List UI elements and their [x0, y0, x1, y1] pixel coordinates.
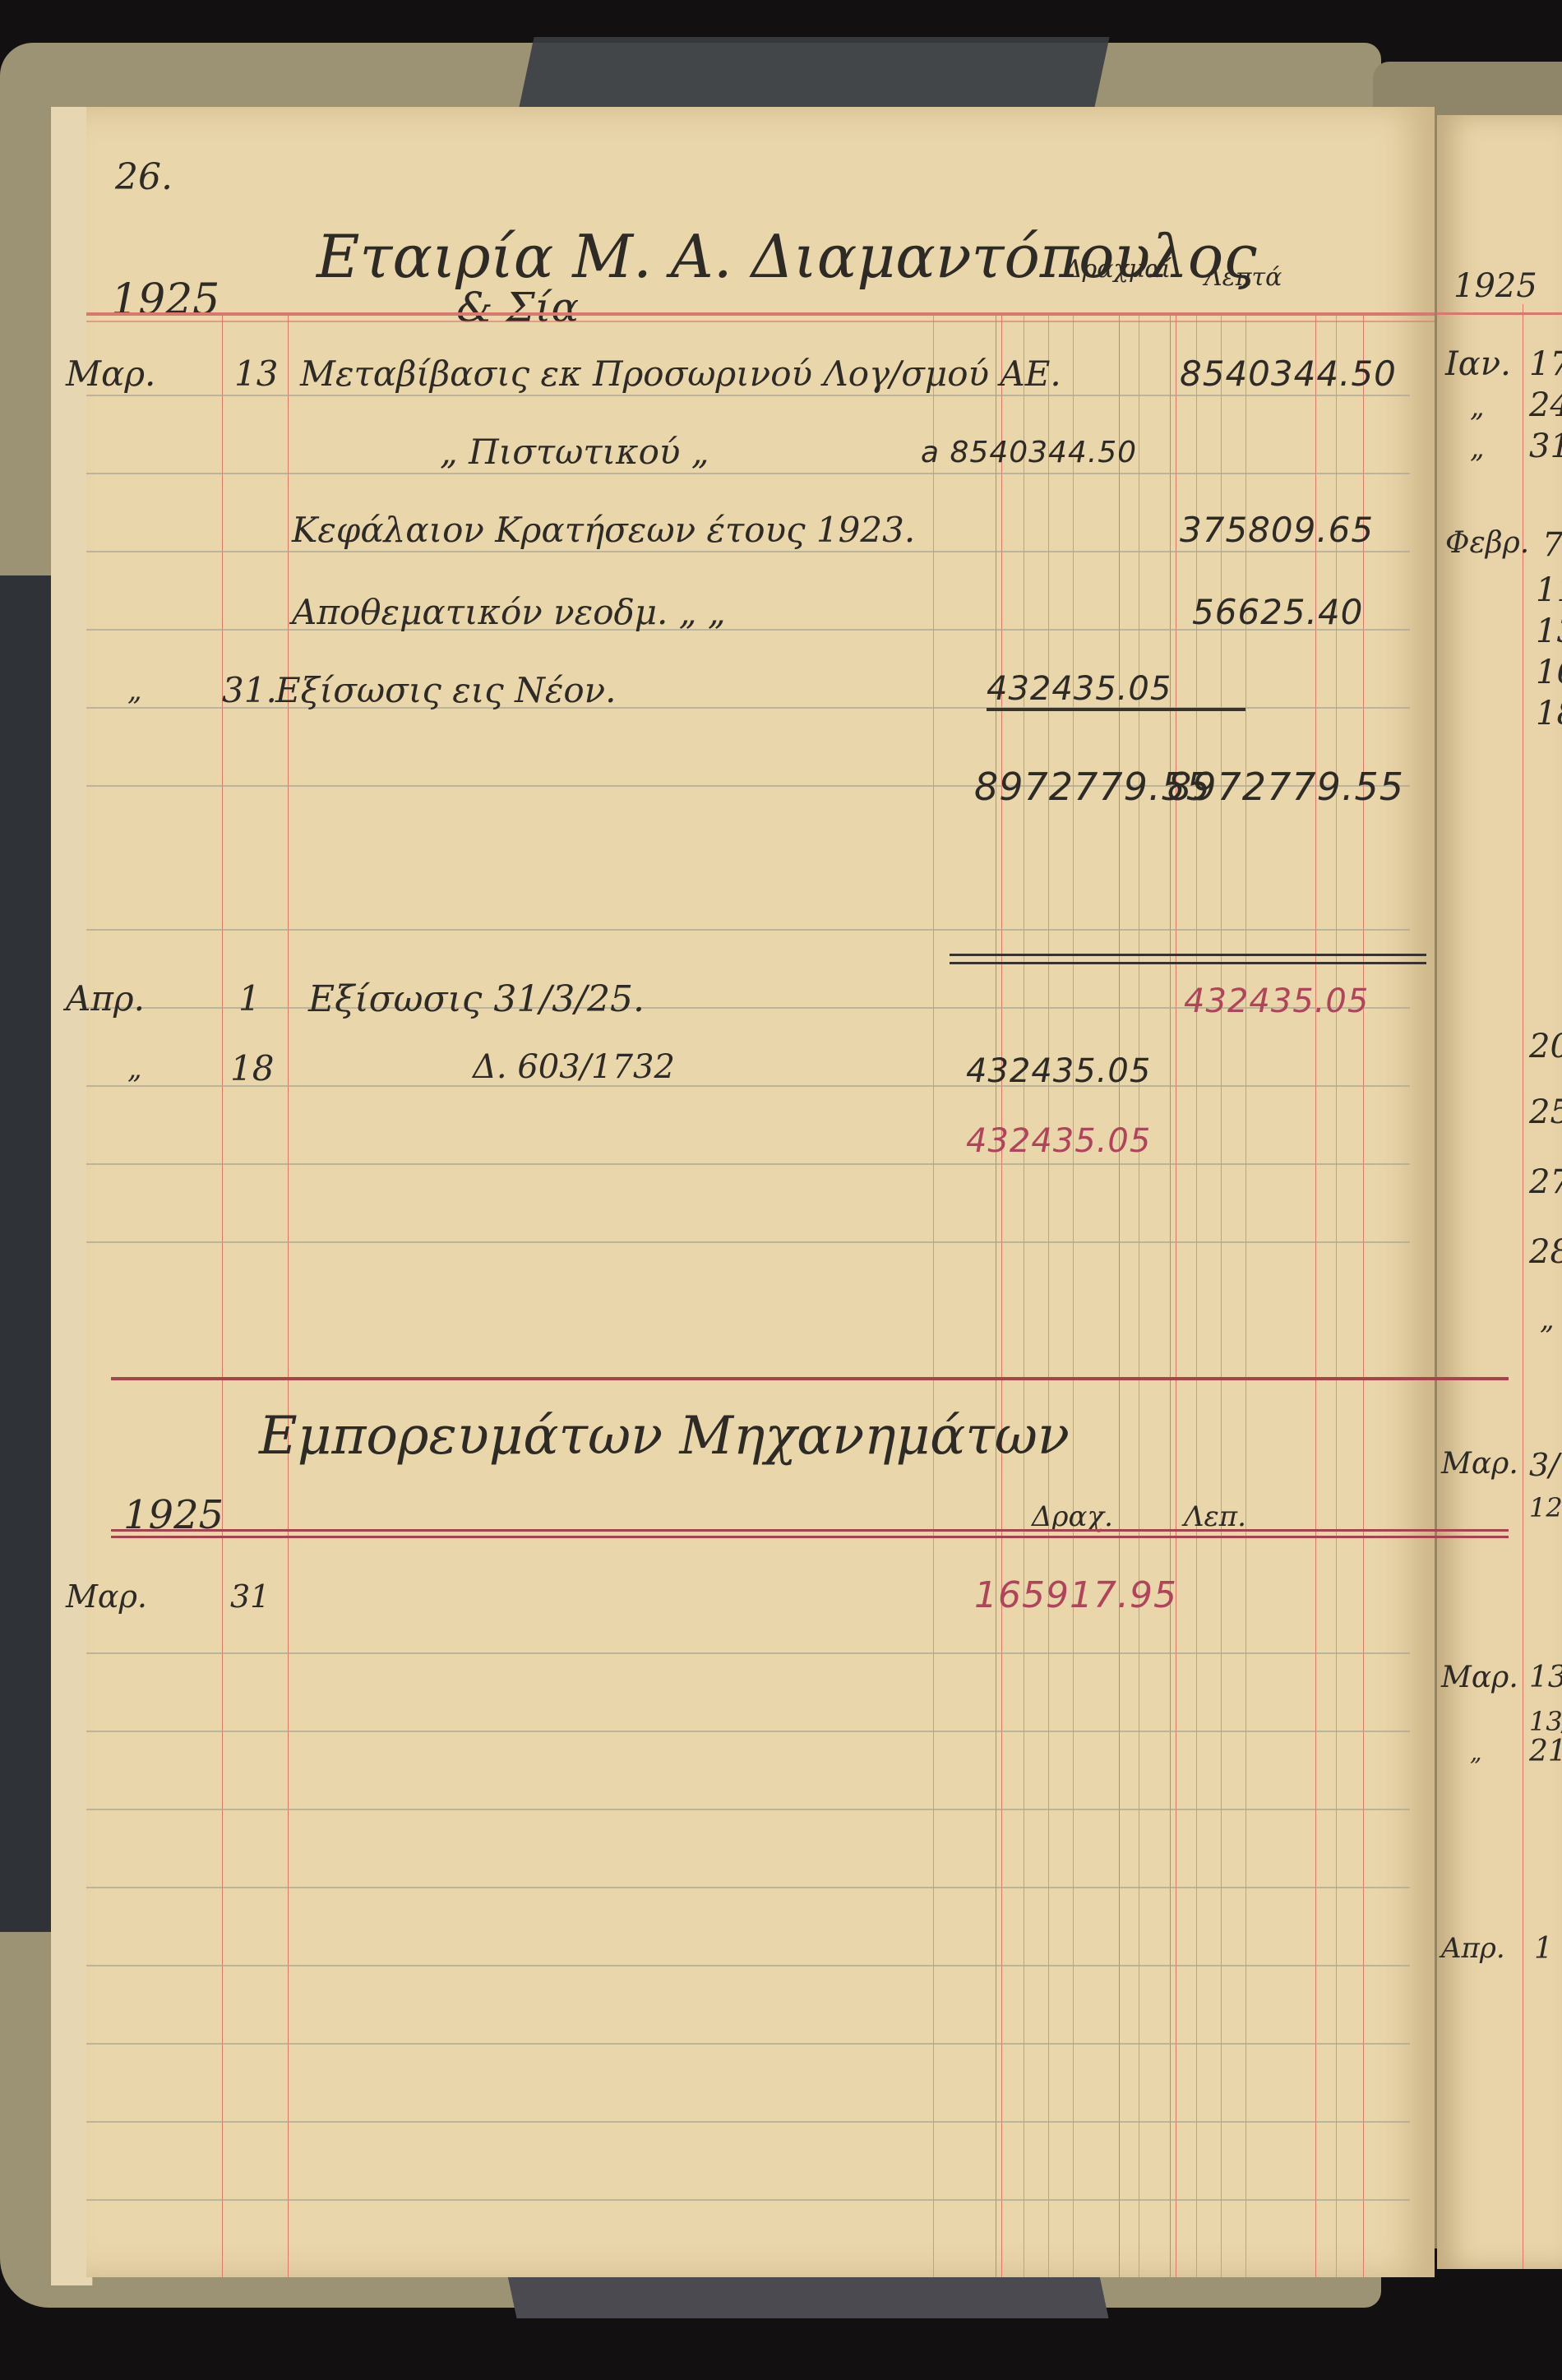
- right-day: 13: [1529, 1661, 1562, 1694]
- right-month: „: [1470, 1739, 1482, 1766]
- total-double-rule: [950, 954, 1426, 956]
- entry-description: Μεταβίβασις εκ Προσωρινού Λογ/σμού ΑΕ.: [300, 354, 1061, 394]
- total-double-rule-2: [950, 962, 1426, 964]
- entry-month: „: [127, 674, 142, 707]
- ledger-page: 26. Εταιρία Μ. Α. Διαμαντόπουλος & Σία 1…: [86, 107, 1435, 2277]
- header-rule: [1437, 312, 1562, 315]
- right-day: 17: [1529, 345, 1562, 383]
- binding-tape-top: [518, 37, 1109, 111]
- section2-col-drachmas: Δραχ.: [1032, 1500, 1113, 1533]
- entry-description: Εξίσωσις 31/3/25.: [308, 978, 645, 1020]
- line: [86, 1241, 1410, 1243]
- right-day: 7: [1542, 526, 1562, 564]
- rule: [288, 312, 289, 2277]
- section2-header-rule: [111, 1529, 1509, 1532]
- line: [86, 1652, 1410, 1654]
- line: [86, 473, 1410, 474]
- right-month: „: [1540, 1303, 1555, 1336]
- right-month: „: [1470, 432, 1485, 464]
- entry-day: 1: [238, 978, 261, 1019]
- section1-year: 1925: [111, 275, 220, 325]
- rule: [1523, 304, 1523, 2269]
- right-month: Μαρ.: [1441, 1447, 1518, 1481]
- page-number: 26.: [115, 156, 173, 198]
- rule: [1001, 312, 1002, 2277]
- binding-tape-left: [0, 575, 58, 1932]
- rule: [1119, 312, 1120, 2277]
- right-month: Απρ.: [1441, 1932, 1505, 1965]
- line: [86, 2121, 1410, 2123]
- right-day: 13: [1536, 612, 1562, 650]
- right-day: 28: [1529, 1233, 1562, 1271]
- section1-col-drachmas: Δραχμαί: [1065, 255, 1171, 284]
- section2-title: Εμπορευμάτων Μηχανημάτων: [259, 1406, 1070, 1467]
- carry-forward-red: 432435.05: [1184, 982, 1369, 1020]
- right-day: 25: [1529, 1093, 1562, 1131]
- rule: [1024, 312, 1024, 2277]
- rule: [996, 312, 996, 2277]
- rule: [1176, 312, 1176, 2277]
- entry-note: a 8540344.50: [921, 436, 1137, 469]
- line: [86, 1731, 1410, 1732]
- section1-subtitle: & Σία: [456, 284, 579, 331]
- line: [86, 1163, 1410, 1165]
- right-month: Μαρ.: [1441, 1661, 1518, 1694]
- right-month: Ιαν.: [1445, 345, 1511, 383]
- entry-debit: 432435.05: [966, 1052, 1151, 1090]
- entry-day: 18: [230, 1048, 274, 1088]
- right-page: 1925 Ιαν. 17 „ 24 „ 31 Φεβρ. 7 11 13 16 …: [1437, 115, 1562, 2269]
- entry-description: Δ. 603/1732: [473, 1048, 675, 1086]
- line: [86, 929, 1410, 931]
- line: [86, 2199, 1410, 2201]
- closing-red: 432435.05: [966, 1122, 1151, 1160]
- entry-month: Μαρ.: [66, 1578, 147, 1615]
- right-month: Φεβρ.: [1445, 526, 1529, 560]
- line: [86, 1965, 1410, 1966]
- right-day: 13/3: [1529, 1706, 1562, 1737]
- rule: [933, 312, 934, 2277]
- total-credit: 8972779.55: [1167, 765, 1404, 809]
- entry-description: Αποθεματικόν νεοδμ. „ „: [292, 592, 726, 632]
- right-day: 20: [1529, 1028, 1562, 1065]
- rule: [1139, 312, 1139, 2277]
- line: [86, 2043, 1410, 2045]
- section2-top-rule: [111, 1377, 1509, 1380]
- entry-month: Απρ.: [66, 978, 145, 1019]
- right-month: „: [1470, 391, 1485, 423]
- section2-col-lepta: Λεπ.: [1184, 1500, 1246, 1533]
- line: [86, 1887, 1410, 1888]
- right-day: 11: [1536, 571, 1562, 609]
- right-day: 24: [1529, 386, 1562, 424]
- rule: [1073, 312, 1074, 2277]
- right-year: 1925: [1453, 267, 1537, 305]
- entry-credit: 375809.65: [1180, 510, 1374, 550]
- entry-description: Κεφάλαιον Κρατήσεων έτους 1923.: [292, 510, 915, 550]
- section1-header-rule: [86, 312, 1435, 316]
- right-day: 3/: [1529, 1447, 1560, 1483]
- entry-debit: 432435.05: [987, 670, 1245, 711]
- entry-day: 31: [230, 1578, 270, 1615]
- right-day: 18: [1536, 695, 1562, 732]
- section2-header-rule-2: [111, 1536, 1509, 1538]
- entry-debit-red: 165917.95: [974, 1574, 1177, 1616]
- right-day: 21: [1529, 1735, 1562, 1768]
- line: [86, 395, 1410, 396]
- entry-day: 13: [234, 354, 278, 394]
- entry-description: „ Πιστωτικού „: [440, 432, 709, 472]
- rule: [222, 312, 223, 2277]
- entry-month: Μαρ.: [66, 354, 155, 394]
- section1-col-lepta: Λεπτά: [1204, 263, 1282, 292]
- line: [86, 1809, 1410, 1810]
- rule: [1048, 312, 1049, 2277]
- entry-description: Εξίσωσις εις Νέον.: [275, 670, 617, 710]
- entry-credit: 56625.40: [1192, 592, 1363, 632]
- line: [86, 1085, 1410, 1087]
- rule: [1170, 312, 1171, 2277]
- right-day: 12: [1529, 1492, 1562, 1523]
- right-day: 31: [1529, 427, 1562, 465]
- right-day: 27: [1529, 1163, 1562, 1201]
- entry-month: „: [127, 1052, 142, 1085]
- entry-credit: 8540344.50: [1180, 354, 1397, 394]
- line: [86, 551, 1410, 552]
- entry-day: 31.: [222, 670, 277, 710]
- right-day: 16: [1536, 654, 1562, 691]
- right-day: 1: [1534, 1932, 1553, 1966]
- section1-header-rule-thin: [86, 321, 1435, 322]
